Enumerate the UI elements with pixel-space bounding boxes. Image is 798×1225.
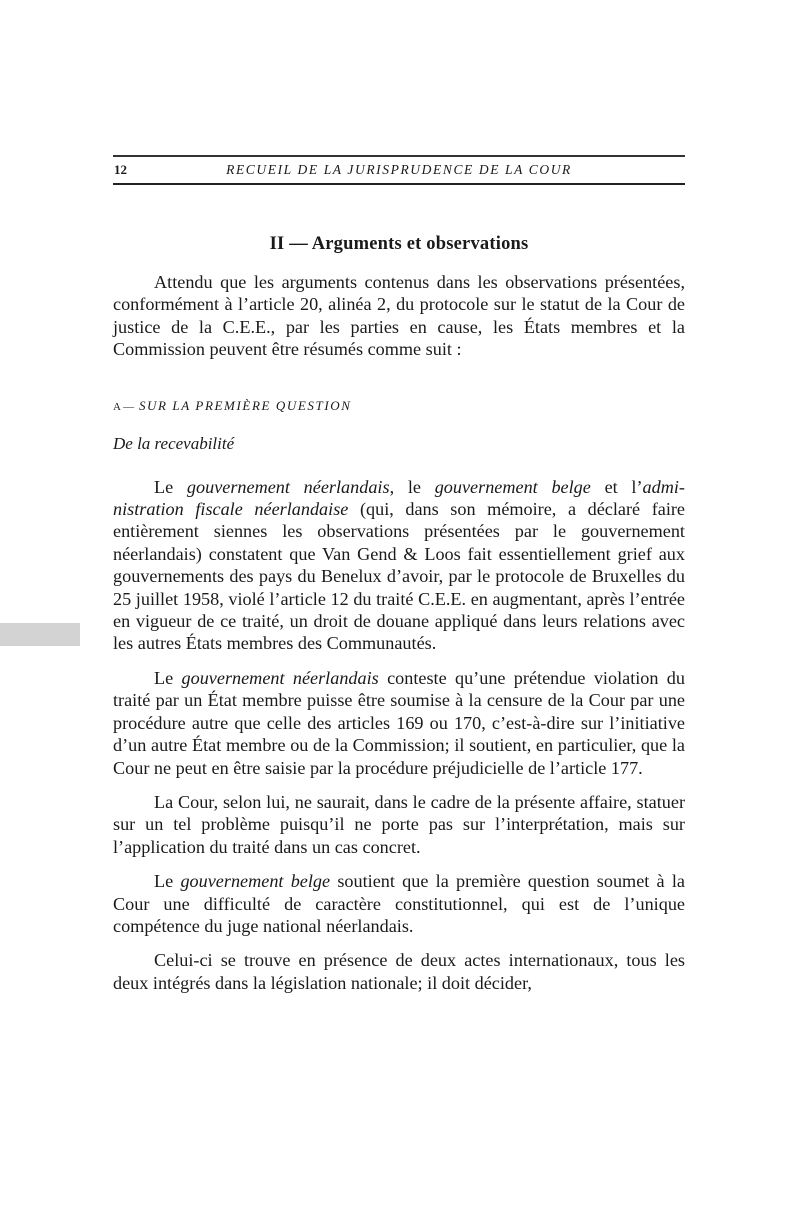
paragraph-5: Celui-ci se trouve en présence de deux a… [113,949,685,994]
subsection-letter: A — [113,401,134,413]
emphasis: gouvernement néerlandais [182,668,379,688]
emphasis: gouvernement belge [180,871,330,891]
document-page: 12 RECUEIL DE LA JURISPRUDENCE DE LA COU… [113,155,685,994]
intro-paragraph: Attendu que les arguments contenus dans … [113,271,685,361]
subsection-subtitle: De la recevabilité [113,434,685,454]
text: Le [154,477,187,497]
emphasis: gouvernement belge [435,477,591,497]
text: Le [154,668,182,688]
section-title: II — Arguments et observations [113,233,685,255]
side-scroll-marker [0,623,80,646]
page-header: 12 RECUEIL DE LA JURISPRUDENCE DE LA COU… [113,155,685,185]
paragraph-4: Le gouvernement belge soutient que la pr… [113,870,685,937]
text: Le [154,871,180,891]
paragraph-2: Le gouvernement néerlandais conteste qu’… [113,667,685,779]
text: , le [390,477,435,497]
text: (qui, dans son mémoire, a déclaré faire … [113,499,685,653]
paragraph-1: Le gouvernement néerlandais, le gouverne… [113,476,685,655]
running-title: RECUEIL DE LA JURISPRUDENCE DE LA COUR [113,162,685,178]
text: et l’ [591,477,643,497]
emphasis: gouvernement néerlandais [187,477,390,497]
subsection-title: SUR LA PREMIÈRE QUESTION [139,398,352,413]
paragraph-3: La Cour, selon lui, ne saurait, dans le … [113,791,685,858]
subsection-heading: A — SUR LA PREMIÈRE QUESTION [113,398,685,414]
